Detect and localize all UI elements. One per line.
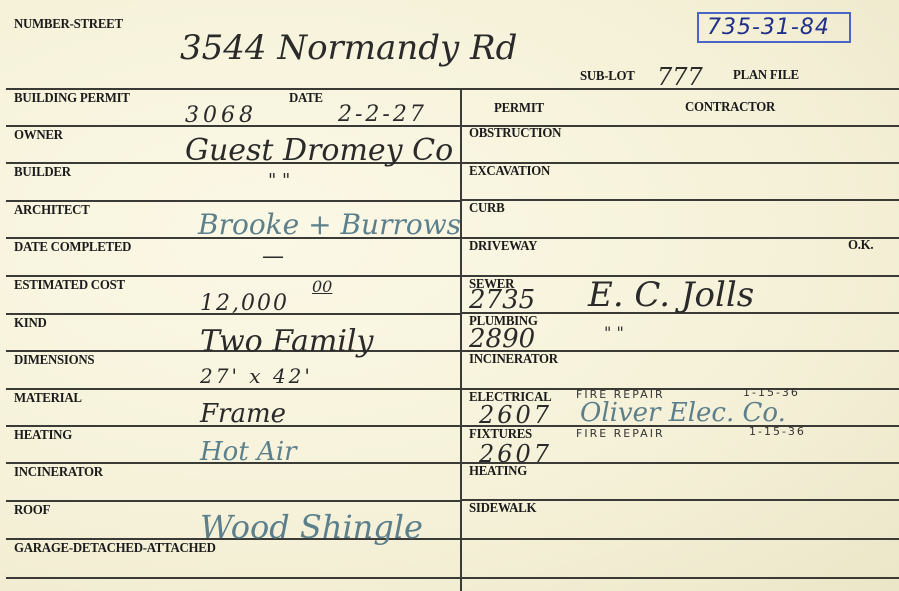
sidewalk-label: SIDEWALK	[469, 501, 536, 517]
fixtures-permit-number: 2607	[479, 440, 552, 468]
material-value: Frame	[200, 399, 286, 429]
kind-label: KIND	[14, 316, 47, 332]
dimensions-value: 27' x 42'	[200, 364, 313, 388]
heating-label: HEATING	[14, 428, 72, 444]
sub-lot-value: 777	[657, 63, 703, 91]
plumbing-permit-number: 2890	[469, 324, 535, 354]
builder-value: " "	[268, 170, 290, 191]
number-street-value: 3544 Normandy Rd	[180, 28, 517, 68]
building-permit-label: BUILDING PERMIT	[14, 91, 130, 107]
kind-value: Two Family	[200, 324, 373, 359]
permit-column-header: PERMIT	[494, 101, 544, 117]
fixtures-note-date: 1-15-36	[749, 425, 806, 438]
file-number-stamp: 735-31-84	[697, 12, 851, 43]
date-completed-value: —	[262, 244, 284, 269]
estimated-cost-value: 12,000	[200, 291, 289, 316]
roof-value: Wood Shingle	[200, 508, 423, 546]
date-value: 2-2-27	[338, 102, 427, 127]
owner-label: OWNER	[14, 128, 63, 144]
building-permit-value: 3068	[185, 103, 257, 128]
file-number: 735-31-84	[707, 15, 830, 40]
fixtures-note: FIRE REPAIR	[576, 427, 665, 440]
incinerator-label: INCINERATOR	[14, 465, 103, 481]
incinerator-permit-label: INCINERATOR	[469, 352, 558, 368]
rule	[6, 88, 899, 90]
heating-value: Hot Air	[200, 437, 297, 467]
builder-label: BUILDER	[14, 165, 71, 181]
architect-value: Brooke + Burrows	[198, 208, 461, 241]
rule	[462, 199, 899, 201]
rule	[6, 200, 460, 202]
rule	[6, 275, 460, 277]
estimated-cost-cents: 00	[312, 277, 332, 296]
rule	[462, 538, 899, 540]
driveway-label: DRIVEWAY	[469, 239, 537, 255]
obstruction-label: OBSTRUCTION	[469, 126, 561, 142]
plumbing-contractor: " "	[604, 323, 624, 342]
rule	[6, 577, 899, 579]
column-divider	[460, 88, 462, 591]
rule	[6, 500, 460, 502]
excavation-label: EXCAVATION	[469, 164, 550, 180]
owner-value: Guest Dromey Co	[185, 133, 453, 168]
estimated-cost-label: ESTIMATED COST	[14, 278, 125, 294]
plan-file-label: PLAN FILE	[733, 68, 799, 84]
dimensions-label: DIMENSIONS	[14, 353, 94, 369]
number-street-label: NUMBER-STREET	[14, 17, 123, 33]
electrical-permit-number: 2607	[479, 401, 552, 429]
contractor-column-header: CONTRACTOR	[685, 100, 775, 116]
sewer-contractor: E. C. Jolls	[588, 275, 754, 315]
permit-card: NUMBER-STREET 3544 Normandy Rd SUB-LOT 7…	[0, 0, 899, 591]
garage-label: GARAGE-DETACHED-ATTACHED	[14, 541, 216, 557]
roof-label: ROOF	[14, 503, 50, 519]
material-label: MATERIAL	[14, 391, 82, 407]
sewer-permit-number: 2735	[469, 285, 535, 315]
electrical-contractor: Oliver Elec. Co.	[580, 398, 786, 428]
driveway-note: O.K.	[848, 238, 873, 254]
curb-label: CURB	[469, 201, 504, 217]
sub-lot-label: SUB-LOT	[580, 69, 635, 85]
architect-label: ARCHITECT	[14, 203, 90, 219]
rule	[6, 125, 899, 127]
date-completed-label: DATE COMPLETED	[14, 240, 131, 256]
date-label: DATE	[289, 91, 323, 107]
rule	[6, 388, 460, 390]
